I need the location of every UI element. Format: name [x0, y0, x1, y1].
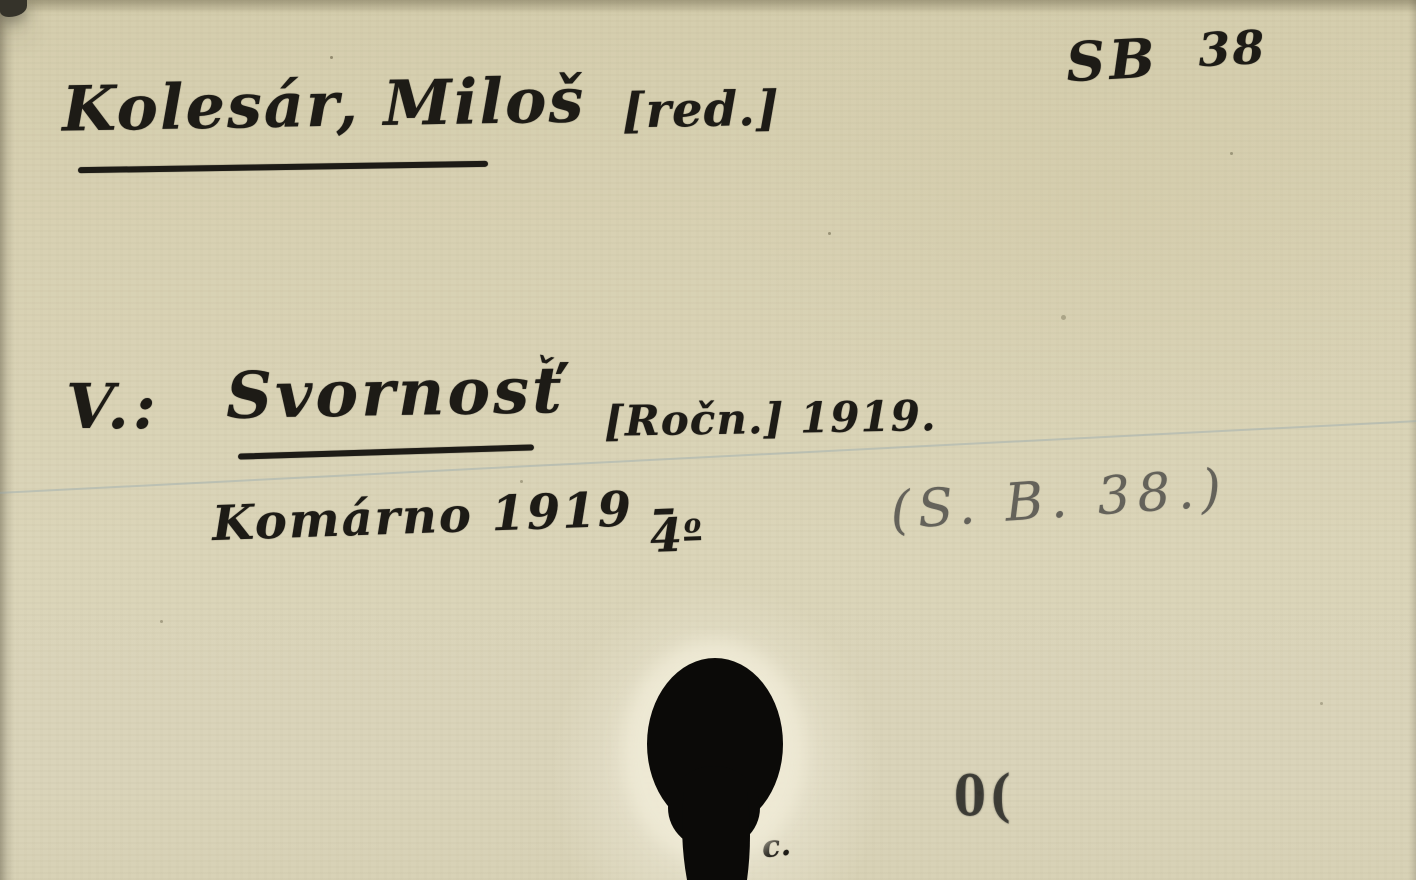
volume-note: [Ročn.] 1919.: [604, 395, 937, 443]
author-role: [red.]: [622, 85, 780, 136]
corner-stain: [0, 0, 27, 17]
imprint-line: Komárno 1919 –: [211, 484, 678, 548]
pencil-shelfmark: (S. B. 38.): [889, 462, 1230, 537]
paper-right-edge: [1409, 0, 1416, 880]
format-digit: 4: [649, 508, 683, 563]
shelfmark-number: 38: [1197, 20, 1268, 77]
paper-left-edge: [0, 0, 15, 880]
paper-top-edge: [0, 0, 1416, 13]
shelfmark: SB38: [1065, 25, 1268, 89]
reference-abbrev: V.:: [66, 376, 160, 438]
format-ordinal: o: [683, 513, 701, 541]
catalog-card-scan: Kolesár, Miloš [red.] SB38 V.: Svornosť …: [0, 0, 1416, 880]
author-name: Kolesár, Miloš: [61, 69, 585, 140]
paper-specks: [330, 56, 333, 59]
author-underline: [78, 161, 488, 173]
title: Svornosť: [225, 359, 565, 429]
title-underline: [238, 444, 534, 459]
partial-print-mark: 0(: [954, 768, 1014, 824]
punch-hole: [590, 630, 850, 880]
punch-hole-stem: [682, 792, 750, 880]
shelfmark-prefix: SB: [1064, 25, 1160, 94]
format-notation: 4o: [649, 511, 702, 559]
